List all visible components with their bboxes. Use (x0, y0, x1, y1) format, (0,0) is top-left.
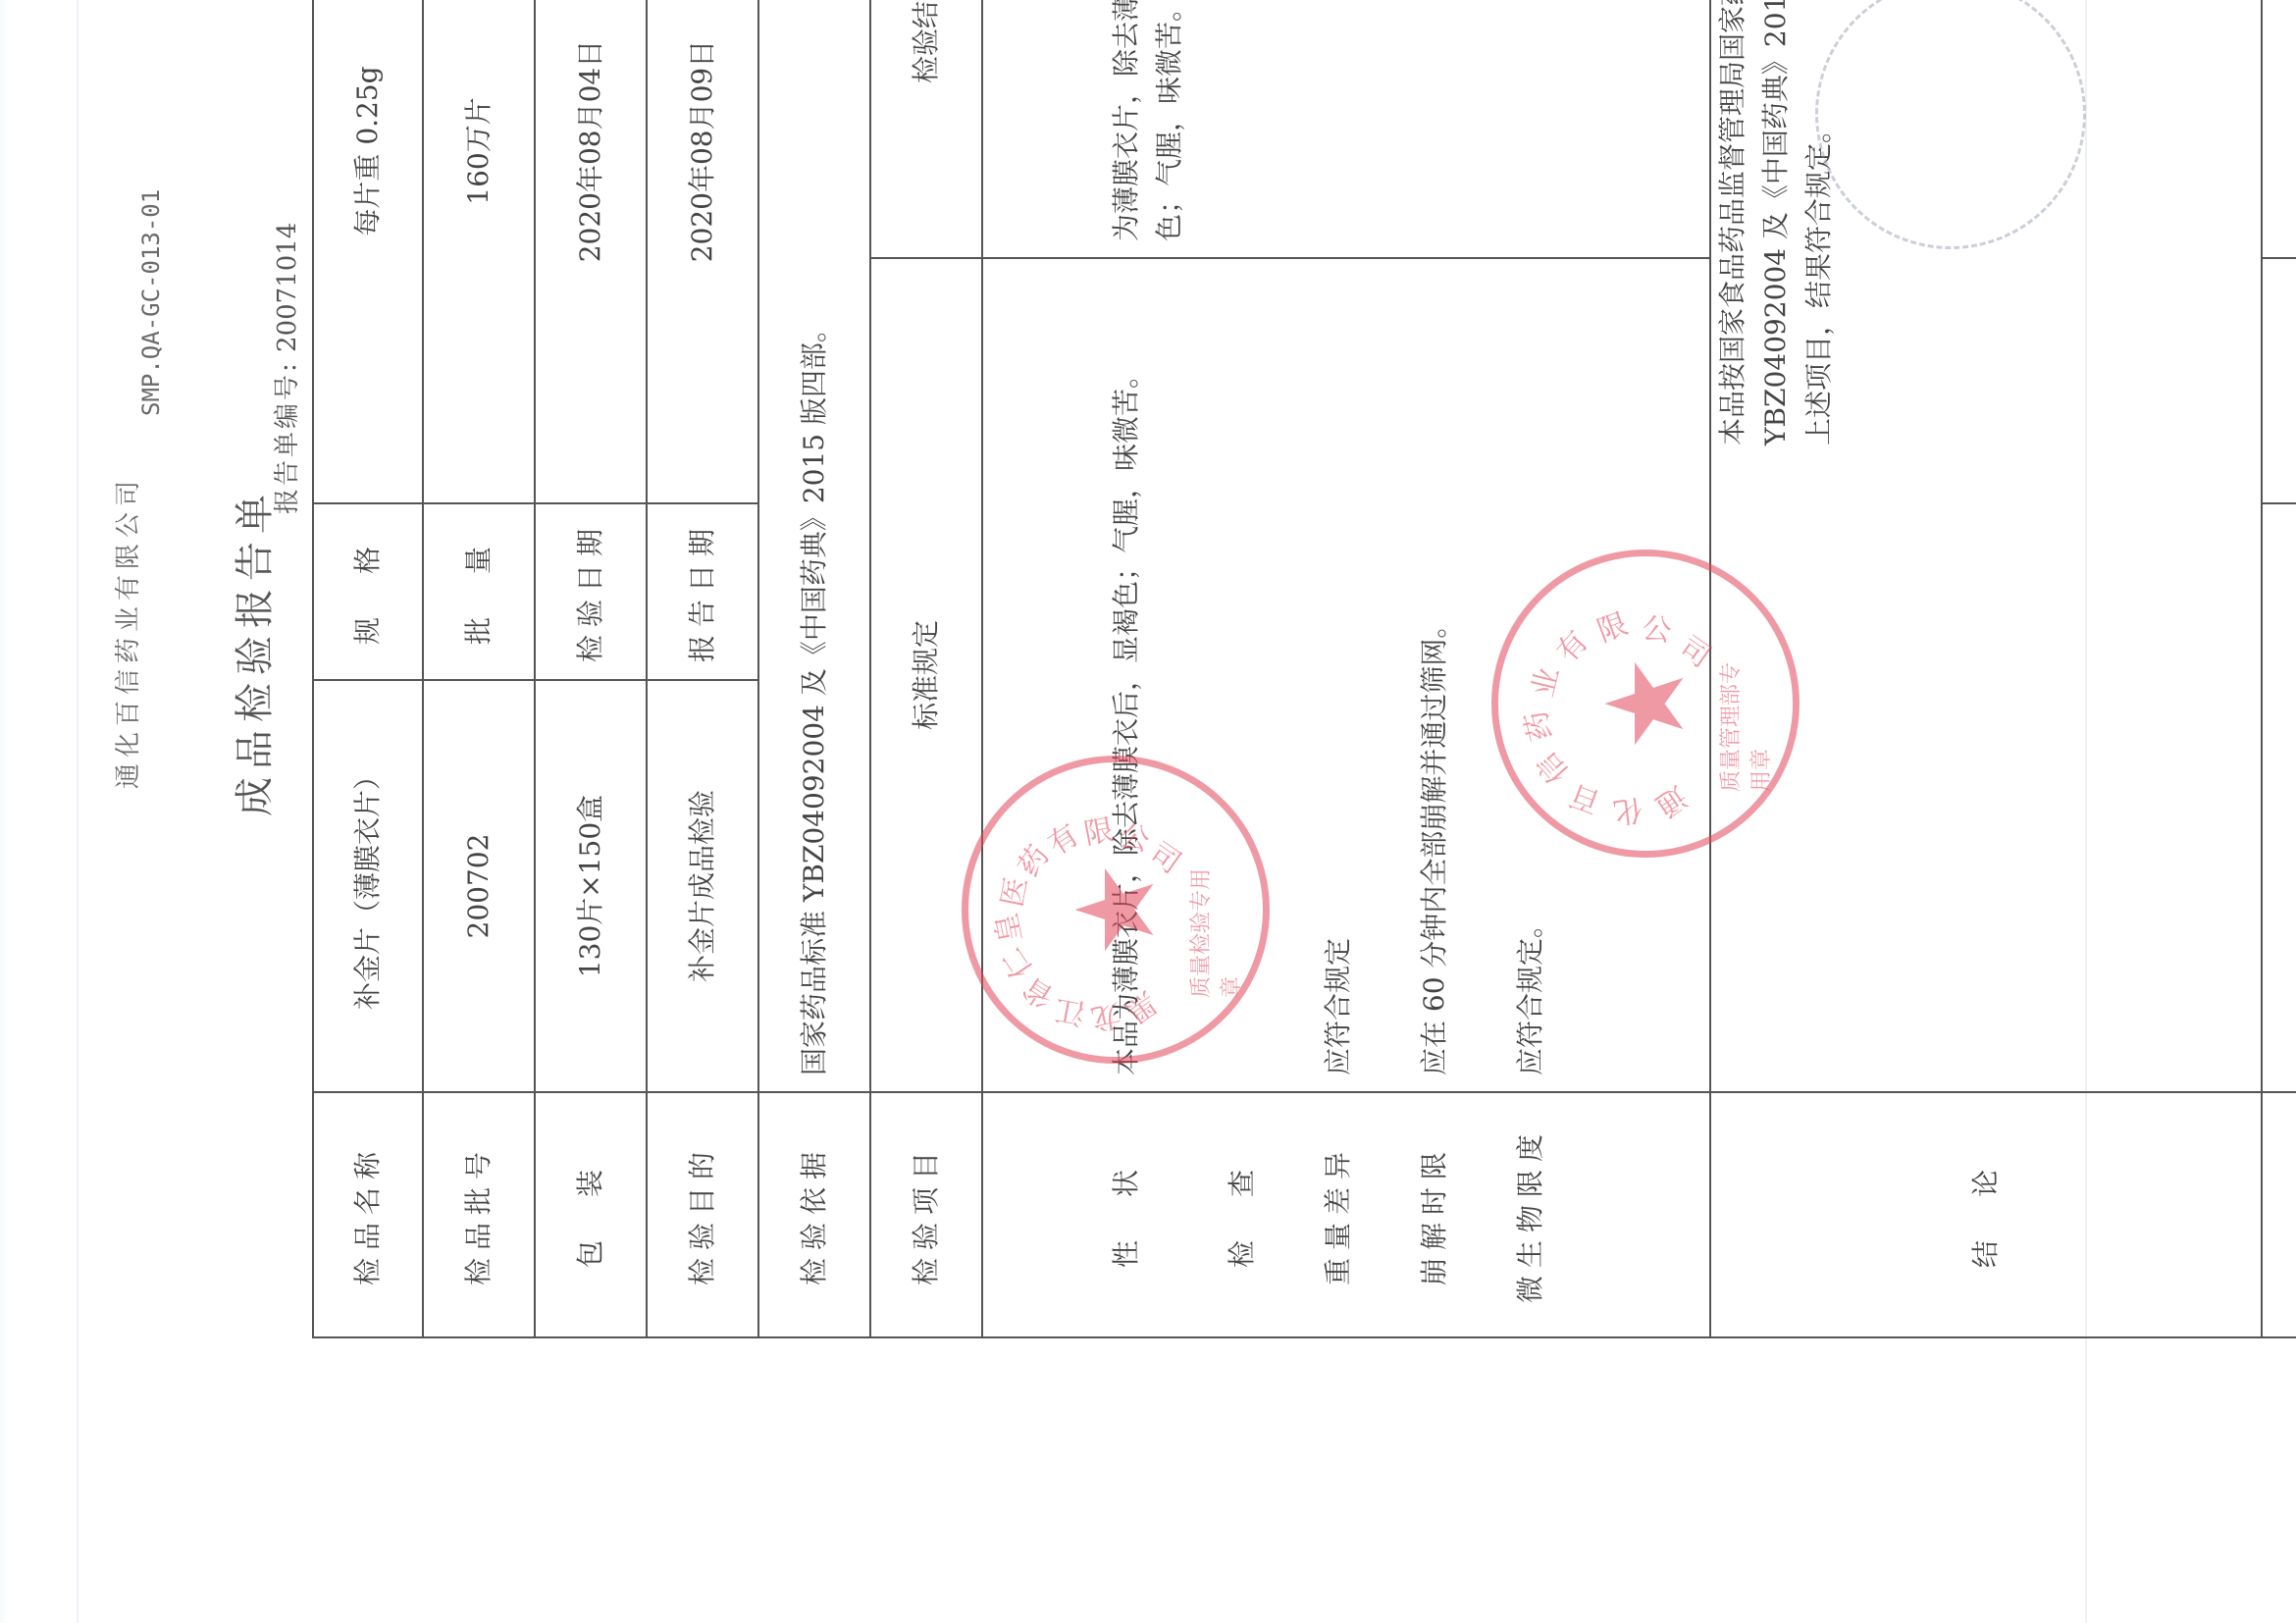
company-stamp-text: 通化百信药业有限公司质量管理部专用章 (1498, 556, 1793, 851)
items-header-item: 检验项目 (870, 1092, 982, 1337)
form-code: SMP.QA-GC-013-01 (137, 189, 165, 416)
item-standard: 应符合规定 (1317, 275, 1413, 1075)
info-row: 检验目的补金片成品检验报告日期2020年08月09日 (647, 0, 758, 1337)
conclusion-label: 结 论 (1710, 1092, 2262, 1337)
info-value: 130片×150盒 (535, 680, 647, 1092)
info-value: 补金片成品检验 (647, 680, 758, 1092)
report-page: 通化百信药业有限公司 SMP.QA-GC-013-01 成品检验报告单 报告单编… (0, 0, 2296, 1623)
report-number-label: 报告单编号: (273, 360, 302, 514)
reporter-signature: 何苏燕 (2262, 503, 2296, 1092)
info-label: 批 量 (423, 503, 535, 680)
item-name: 检 查 (1221, 1109, 1317, 1321)
responsible-signature: 朱霞 (2262, 0, 2296, 258)
item-result: 符合规定 (1509, 0, 1605, 241)
info-value: 每片重 0.25g (313, 0, 423, 503)
info-label: 检验目的 (647, 1092, 758, 1337)
info-label: 包 装 (535, 1092, 647, 1337)
basis-value: 国家药品标准 YBZ04092004 及《中国药典》2015 版四部。 (758, 0, 870, 1092)
info-row: 检品名称补金片（薄膜衣片）规 格每片重 0.25g (313, 0, 423, 1337)
info-value: 补金片（薄膜衣片） (313, 680, 423, 1092)
items-header-standard: 标准规定 (870, 258, 982, 1092)
info-label: 规 格 (313, 503, 423, 680)
item-result (1221, 0, 1317, 241)
items-header-row: 检验项目 标准规定 检验结果 (870, 0, 982, 1337)
qc-stamp-text: 黑龙江省仁皇医药有限公司质量检验专用章 (968, 762, 1263, 1057)
info-label: 检验日期 (535, 503, 647, 680)
item-name: 崩解时限 (1413, 1109, 1509, 1321)
info-value: 2020年08月09日 (647, 0, 758, 503)
items-header-result: 检验结果 (870, 0, 982, 258)
item-result: 符合规定 (1413, 0, 1509, 241)
basis-row: 检验依据 国家药品标准 YBZ04092004 及《中国药典》2015 版四部。 (758, 0, 870, 1337)
basis-label: 检验依据 (758, 1092, 870, 1337)
info-row: 包 装130片×150盒检验日期2020年08月04日 (535, 0, 647, 1337)
item-result: 符合规定 (1317, 0, 1413, 241)
info-label: 报告日期 (647, 503, 758, 680)
item-name: 重量差异 (1317, 1109, 1413, 1321)
company-stamp: ★ 通化百信药业有限公司质量管理部专用章 (1491, 550, 1800, 858)
info-value: 2020年08月04日 (535, 0, 647, 503)
signature-row: 报告人 何苏燕 负责人 朱霞 (2262, 0, 2296, 1337)
company-name: 通化百信药业有限公司 (108, 357, 144, 907)
report-number-value: 20071014 (273, 223, 302, 352)
info-value: 160万片 (423, 0, 535, 503)
qc-stamp: ★ 黑龙江省仁皇医药有限公司质量检验专用章 (962, 756, 1270, 1064)
info-value: 200702 (423, 680, 535, 1092)
report-number: 报告单编号: 20071014 (267, 223, 303, 514)
item-result: 为薄膜衣片，除去薄膜衣后，显褐色；气腥，味微苦。 (1105, 0, 1221, 241)
reporter-label: 报告人 (2262, 1092, 2296, 1337)
info-label: 检品批号 (423, 1092, 535, 1337)
info-row: 检品批号200702批 量160万片 (423, 0, 535, 1337)
info-label: 检品名称 (313, 1092, 423, 1337)
responsible-label: 负责人 (2262, 258, 2296, 503)
item-name: 微生物限度 (1509, 1109, 1605, 1321)
item-name: 性 状 (1105, 1109, 1221, 1321)
